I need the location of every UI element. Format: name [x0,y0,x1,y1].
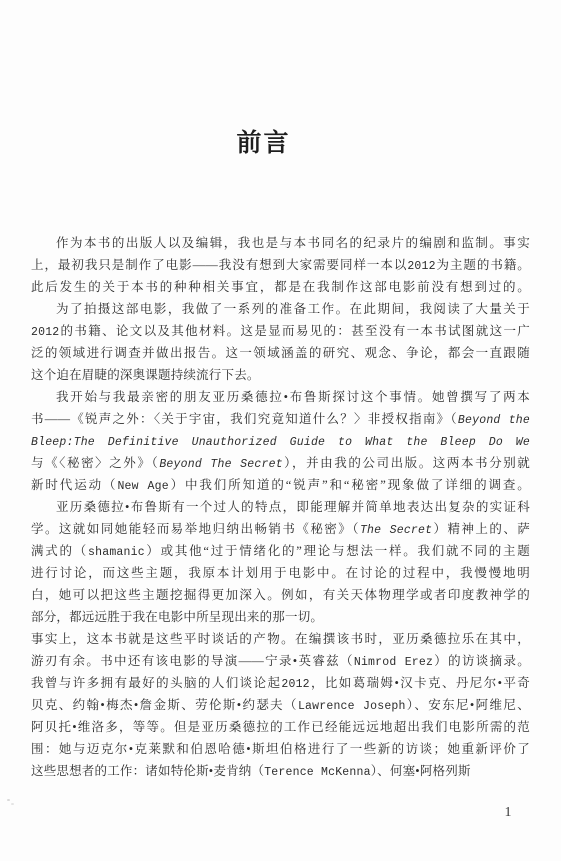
chinese-text: 亚历桑德拉•布鲁斯有一个过人的特点，即能理解并简单地表达出复杂的实证科 [56,500,530,514]
page-number: 1 [498,805,518,821]
chinese-text: ）、何塞•阿格列斯 [371,764,471,778]
chinese-text: 这个迫在眉睫的深奥课题持续流行下去。 [31,368,260,382]
chinese-text: 游刃有余。书中还有该电影的导演——宁录•英睿兹（ [31,654,354,668]
chinese-text: 此后发生的关于本书的种种相关事宜，都是在我制作这部电影前没有想到过的。 [31,280,530,294]
chinese-text: ）、安东尼•阿维尼、 [406,698,530,712]
chinese-text: 围：她与迈克尔•克莱默和伯恩哈德•斯坦伯格进行了一些新的访谈；她重新评价了 [31,742,530,756]
text-line: 此后发生的关于本书的种种相关事宜，都是在我制作这部电影前没有想到过的。 [31,276,530,298]
text-line: 进行讨论，而这些主题，我原本计划用于电影中。在讨论的过程中，我慢慢地明 [31,562,530,584]
text-line: 我开始与我最亲密的朋友亚历桑德拉•布鲁斯探讨这个事情。她曾撰写了两本 [31,386,530,408]
book-page: 前言 作为本书的出版人以及编辑，我也是与本书同名的纪录片的编剧和监制。事实上，最… [0,0,561,861]
english-text: 2012 [31,326,59,339]
chinese-text: ），并由我的公司出版。这两本书分别就 [283,456,530,470]
text-line: 贝克、约翰•梅杰•詹金斯、劳伦斯•约瑟夫（Lawrence Joseph）、安东… [31,694,530,716]
english-text: Lawrence Joseph [298,700,406,713]
chinese-text: ，比如葛瑞姆•汉卡克、丹尼尔•平奇 [310,676,530,690]
chinese-text: ）精神上的、萨 [432,522,530,536]
text-line: 这个迫在眉睫的深奥课题持续流行下去。 [31,364,530,386]
chinese-text: 为主题的书籍。 [436,258,530,272]
chinese-text: 进行讨论，而这些主题，我原本计划用于电影中。在讨论的过程中，我慢慢地明 [31,566,530,580]
chinese-text: 我开始与我最亲密的朋友亚历桑德拉•布鲁斯探讨这个事情。她曾撰写了两本 [56,390,530,404]
text-line: 与《〈秘密〉之外》（Beyond The Secret），并由我的公司出版。这两… [31,452,530,474]
page-title: 前言 [0,123,527,159]
chinese-text: 与《〈秘密〉之外》（ [31,456,159,470]
scan-artifact [7,799,10,801]
chinese-text: 事实上，这本书就是这些平时谈话的产物。在编撰该书时，亚历桑德拉乐在其中， [31,632,530,646]
chinese-text: 学。这就如同她能轻而易举地归纳出畅销书《秘密》（ [31,522,360,536]
text-line: 这些思想者的工作：诸如特伦斯•麦肯纳（Terence McKenna）、何塞•阿… [31,760,530,782]
text-line: 2012的书籍、论文以及其他材料。这是显而易见的：甚至没有一本书试图就这一广 [31,320,530,342]
text-line: 学。这就如同她能轻而易举地归纳出畅销书《秘密》（The Secret）精神上的、… [31,518,530,540]
text-line: 亚历桑德拉•布鲁斯有一个过人的特点，即能理解并简单地表达出复杂的实证科 [31,496,530,518]
text-line: 阿贝托•维洛多，等等。但是亚历桑德拉的工作已经能远远地超出我们电影所需的范 [31,716,530,738]
chinese-text: 作为本书的出版人以及编辑，我也是与本书同名的纪录片的编剧和监制。事实 [56,236,530,250]
chinese-text: 我曾与许多拥有最好的头脑的人们谈论起 [31,676,281,690]
text-line: 作为本书的出版人以及编辑，我也是与本书同名的纪录片的编剧和监制。事实 [31,232,530,254]
english-book-title: The Secret [360,524,432,537]
english-text: 2012 [281,678,309,691]
text-line: 泛的领域进行调查并做出报告。这一领域涵盖的研究、观念、争论，都会一直跟随 [31,342,530,364]
chinese-text: ）或其他“过于情绪化的”理论与想法一样。我们就不同的主题 [145,544,530,558]
chinese-text: 贝克、约翰•梅杰•詹金斯、劳伦斯•约瑟夫（ [31,698,298,712]
english-text: Terence McKenna [264,766,371,779]
chinese-text: ）的访谈摘录。 [433,654,530,668]
chinese-text: 白，她可以把这些主题挖掘得更加深入。例如，有关天体物理学或者印度教神学的 [31,588,530,602]
chinese-text: 的书籍、论文以及其他材料。这是显而易见的：甚至没有一本书试图就这一广 [59,324,530,338]
text-line: 新时代运动（New Age）中我们所知道的“锐声”和“秘密”现象做了详细的调查。 [31,474,530,496]
english-text: Nimrod Erez [354,656,433,669]
chinese-text: 阿贝托•维洛多，等等。但是亚历桑德拉的工作已经能远远地超出我们电影所需的范 [31,720,530,734]
text-line: 白，她可以把这些主题挖掘得更加深入。例如，有关天体物理学或者印度教神学的 [31,584,530,606]
text-line: 我曾与许多拥有最好的头脑的人们谈论起2012，比如葛瑞姆•汉卡克、丹尼尔•平奇 [31,672,530,694]
text-line: Bleep:The Definitive Unauthorized Guide … [31,430,530,452]
english-book-title: Beyond the [458,414,530,427]
chinese-text: 上，最初我只是制作了电影——我没有想到大家需要同样一本以 [31,258,407,272]
text-line: 为了拍摄这部电影，我做了一系列的准备工作。在此期间，我阅读了大量关于 [31,298,530,320]
chinese-text: ）中我们所知道的“锐声”和“秘密”现象做了详细的调查。 [169,478,530,492]
chinese-text: 这些思想者的工作：诸如特伦斯•麦肯纳（ [31,764,264,778]
chinese-text: 部分，都远远胜于我在电影中所呈现出来的那一切。 [31,610,323,624]
chinese-text: 新时代运动（ [31,478,117,492]
chinese-text: 书——《锐声之外：〈关于宇宙，我们究竟知道什么？〉非授权指南》（ [31,412,458,426]
text-line: 部分，都远远胜于我在电影中所呈现出来的那一切。 [31,606,530,628]
english-book-title: Bleep:The Definitive Unauthorized Guide … [31,436,530,452]
text-line: 事实上，这本书就是这些平时谈话的产物。在编撰该书时，亚历桑德拉乐在其中， [31,628,530,650]
text-line: 书——《锐声之外：〈关于宇宙，我们究竟知道什么？〉非授权指南》（Beyond t… [31,408,530,430]
text-line: 围：她与迈克尔•克莱默和伯恩哈德•斯坦伯格进行了一些新的访谈；她重新评价了 [31,738,530,760]
english-text: 2012 [407,260,435,273]
chinese-text: 泛的领域进行调查并做出报告。这一领域涵盖的研究、观念、争论，都会一直跟随 [31,346,530,360]
english-book-title: Beyond The Secret [159,458,282,471]
english-text: New Age [117,480,168,493]
preface-body: 作为本书的出版人以及编辑，我也是与本书同名的纪录片的编剧和监制。事实上，最初我只… [31,232,530,782]
text-line: 游刃有余。书中还有该电影的导演——宁录•英睿兹（Nimrod Erez）的访谈摘… [31,650,530,672]
text-line: 满式的（shamanic）或其他“过于情绪化的”理论与想法一样。我们就不同的主题 [31,540,530,562]
text-line: 上，最初我只是制作了电影——我没有想到大家需要同样一本以2012为主题的书籍。 [31,254,530,276]
chinese-text: 满式的（ [31,544,88,558]
english-text: shamanic [88,546,145,559]
chinese-text: 为了拍摄这部电影，我做了一系列的准备工作。在此期间，我阅读了大量关于 [56,302,530,316]
